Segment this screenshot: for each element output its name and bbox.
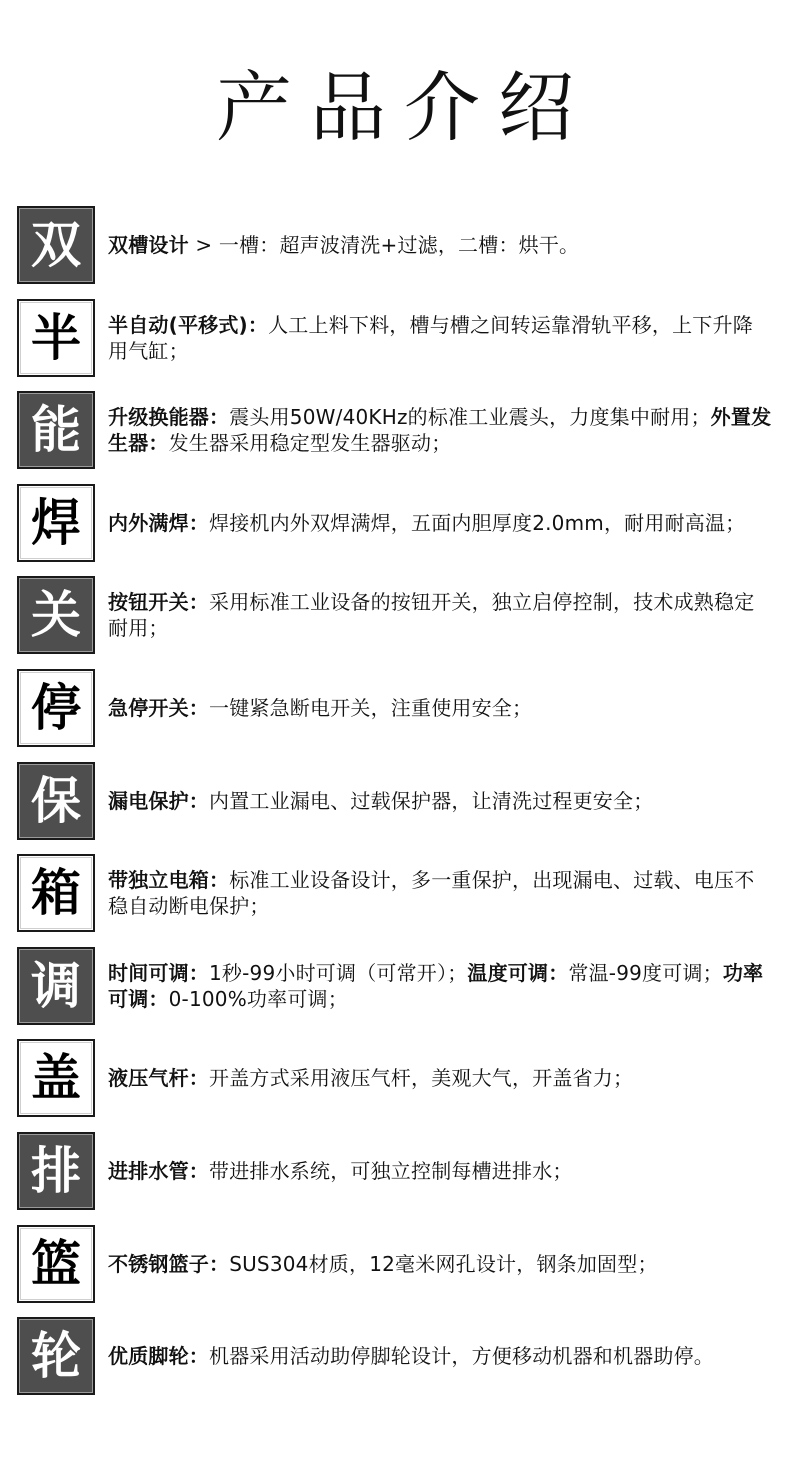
feature-description: 带独立电箱：标准工业设备设计，多一重保护，出现漏电、过载、电压不稳自动断电保护； — [108, 867, 773, 919]
feature-description: 漏电保护：内置工业漏电、过载保护器，让清洗过程更安全； — [108, 788, 773, 814]
feature-row: 轮优质脚轮：机器采用活动助停脚轮设计，方便移动机器和机器助停。 — [17, 1317, 777, 1395]
semi-auto-icon: 半 — [17, 299, 95, 377]
feature-description: 升级换能器：震头用50W/40KHz的标准工业震头，力度集中耐用；外置发生器：发… — [108, 404, 773, 456]
adjust-icon: 调 — [17, 947, 95, 1025]
feature-row: 停急停开关：一键紧急断电开关，注重使用安全； — [17, 669, 777, 747]
feature-description: 时间可调：1秒-99小时可调（可常开）；温度可调：常温-99度可调；功率可调：0… — [108, 960, 773, 1012]
feature-row: 能升级换能器：震头用50W/40KHz的标准工业震头，力度集中耐用；外置发生器：… — [17, 391, 777, 469]
feature-row: 盖液压气杆：开盖方式采用液压气杆，美观大气，开盖省力； — [17, 1039, 777, 1117]
feature-description: 内外满焊：焊接机内外双焊满焊，五面内胆厚度2.0mm，耐用耐高温； — [108, 510, 773, 536]
wheel-icon: 轮 — [17, 1317, 95, 1395]
feature-text: 开盖方式采用液压气杆，美观大气，开盖省力； — [209, 1066, 633, 1090]
feature-label: 半自动(平移式)： — [108, 313, 268, 337]
feature-label: 不锈钢篮子： — [108, 1252, 229, 1276]
feature-row: 排进排水管：带进排水系统，可独立控制每槽进排水； — [17, 1132, 777, 1210]
feature-text: > 一槽：超声波清洗+过滤，二槽：烘干。 — [189, 233, 579, 257]
feature-label: 进排水管： — [108, 1159, 209, 1183]
feature-text: SUS304材质，12毫米网孔设计，钢条加固型； — [229, 1252, 657, 1276]
feature-row: 箱带独立电箱：标准工业设备设计，多一重保护，出现漏电、过载、电压不稳自动断电保护… — [17, 854, 777, 932]
feature-description: 急停开关：一键紧急断电开关，注重使用安全； — [108, 695, 773, 721]
basket-icon: 篮 — [17, 1225, 95, 1303]
feature-label: 漏电保护： — [108, 789, 209, 813]
feature-description: 按钮开关：采用标准工业设备的按钮开关，独立启停控制，技术成熟稳定耐用； — [108, 589, 773, 641]
switch-icon: 关 — [17, 576, 95, 654]
stop-icon: 停 — [17, 669, 95, 747]
feature-label: 液压气杆： — [108, 1066, 209, 1090]
feature-text: 焊接机内外双焊满焊，五面内胆厚度2.0mm，耐用耐高温； — [209, 511, 745, 535]
feature-text: 机器采用活动助停脚轮设计，方便移动机器和机器助停。 — [209, 1344, 714, 1368]
feature-text: 0-100%功率可调； — [169, 987, 348, 1011]
feature-text: 一键紧急断电开关，注重使用安全； — [209, 696, 532, 720]
feature-description: 液压气杆：开盖方式采用液压气杆，美观大气，开盖省力； — [108, 1065, 773, 1091]
feature-description: 双槽设计 > 一槽：超声波清洗+过滤，二槽：烘干。 — [108, 232, 773, 258]
feature-text: 内置工业漏电、过载保护器，让清洗过程更安全； — [209, 789, 653, 813]
feature-label: 急停开关： — [108, 696, 209, 720]
drain-icon: 排 — [17, 1132, 95, 1210]
feature-text: 1秒-99小时可调（可常开）； — [209, 961, 467, 985]
feature-description: 进排水管：带进排水系统，可独立控制每槽进排水； — [108, 1158, 773, 1184]
feature-description: 优质脚轮：机器采用活动助停脚轮设计，方便移动机器和机器助停。 — [108, 1343, 773, 1369]
feature-label: 优质脚轮： — [108, 1344, 209, 1368]
feature-row: 焊内外满焊：焊接机内外双焊满焊，五面内胆厚度2.0mm，耐用耐高温； — [17, 484, 777, 562]
feature-text: 震头用50W/40KHz的标准工业震头，力度集中耐用； — [229, 405, 710, 429]
feature-text: 发生器采用稳定型发生器驱动； — [169, 431, 452, 455]
feature-label: 带独立电箱： — [108, 868, 229, 892]
feature-description: 半自动(平移式)：人工上料下料，槽与槽之间转运靠滑轨平移，上下升降用气缸； — [108, 312, 773, 364]
feature-label: 升级换能器： — [108, 405, 229, 429]
box-icon: 箱 — [17, 854, 95, 932]
transducer-icon: 能 — [17, 391, 95, 469]
page-title: 产品介绍 — [0, 58, 790, 158]
feature-text: 常温-99度可调； — [568, 961, 722, 985]
lid-icon: 盖 — [17, 1039, 95, 1117]
feature-row: 保漏电保护：内置工业漏电、过载保护器，让清洗过程更安全； — [17, 762, 777, 840]
feature-label: 双槽设计 — [108, 233, 189, 257]
weld-icon: 焊 — [17, 484, 95, 562]
feature-text: 带进排水系统，可独立控制每槽进排水； — [209, 1159, 573, 1183]
feature-label: 温度可调： — [467, 961, 568, 985]
feature-row: 半半自动(平移式)：人工上料下料，槽与槽之间转运靠滑轨平移，上下升降用气缸； — [17, 299, 777, 377]
feature-row: 调时间可调：1秒-99小时可调（可常开）；温度可调：常温-99度可调；功率可调：… — [17, 947, 777, 1025]
feature-label: 内外满焊： — [108, 511, 209, 535]
feature-description: 不锈钢篮子：SUS304材质，12毫米网孔设计，钢条加固型； — [108, 1251, 773, 1277]
double-tank-icon: 双 — [17, 206, 95, 284]
protection-icon: 保 — [17, 762, 95, 840]
feature-row: 关按钮开关：采用标准工业设备的按钮开关，独立启停控制，技术成熟稳定耐用； — [17, 576, 777, 654]
feature-row: 篮不锈钢篮子：SUS304材质，12毫米网孔设计，钢条加固型； — [17, 1225, 777, 1303]
feature-label: 时间可调： — [108, 961, 209, 985]
feature-row: 双双槽设计 > 一槽：超声波清洗+过滤，二槽：烘干。 — [17, 206, 777, 284]
feature-label: 按钮开关： — [108, 590, 209, 614]
